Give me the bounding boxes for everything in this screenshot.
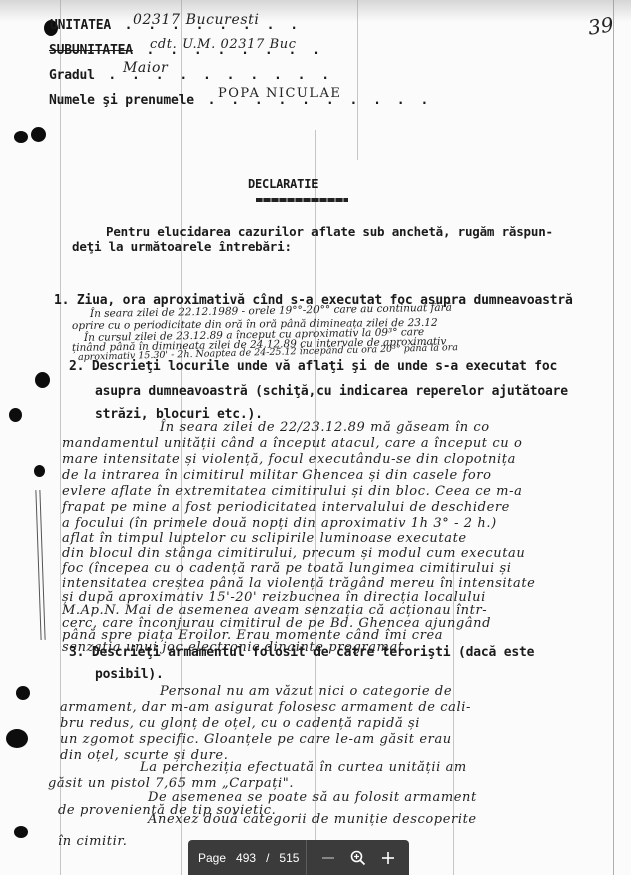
answer-2-line: mare intensitate și violență, focul exec… — [62, 452, 516, 467]
ink-blot — [6, 729, 28, 748]
question-3-number: 3. — [69, 645, 84, 660]
name-label: Numele şi prenumele — [49, 93, 194, 108]
question-2-number: 2. — [69, 359, 84, 374]
scan-line — [357, 0, 358, 160]
ink-blot — [34, 465, 45, 477]
ink-blot — [9, 408, 22, 422]
magnifier-zoom-icon — [350, 850, 366, 866]
total-pages: 515 — [279, 851, 299, 865]
name-value: POPA NICULAE — [218, 86, 341, 101]
scanned-document-page: 39 UNITATEA . . . . . . . . 02317 Bucure… — [0, 0, 631, 875]
question-3-text: Descrieţi armamentul folosit de către te… — [92, 645, 534, 660]
ink-blot — [14, 826, 28, 838]
answer-2-line: foc (începea cu o cadență rară pe toată … — [62, 561, 512, 576]
question-2-text: Descrieţi locurile unde vă aflaţi şi de … — [92, 359, 557, 374]
answer-2-line: de la intrarea în cimitirul militar Ghen… — [62, 468, 492, 483]
intro-line-1: Pentru elucidarea cazurilor aflate sub a… — [106, 224, 553, 239]
document-title: DECLARATIE — [248, 177, 318, 191]
question-3-text-line-2: posibil). — [95, 667, 164, 682]
answer-3-line: găsit un pistol 7,65 mm „Carpați". — [48, 776, 294, 791]
intro-line-2: deţi la următoarele întrebări: — [72, 239, 292, 254]
ink-blot — [14, 131, 28, 143]
handwritten-page-number: 39 — [586, 12, 615, 39]
minus-icon — [321, 851, 335, 865]
ink-blot — [16, 686, 30, 700]
unit-value: 02317 Bucuresti — [133, 12, 259, 28]
margin-line-mark — [35, 490, 45, 640]
answer-3-line: un zgomot specific. Gloanțele pe care le… — [60, 732, 452, 747]
answer-2-line: aflat în timpul luptelor cu sclipirile l… — [62, 531, 467, 546]
answer-2-line: frapat pe mine a fost periodicitatea int… — [62, 500, 510, 515]
page-label: Page — [198, 851, 226, 865]
scan-line — [613, 0, 614, 875]
zoom-reset-button[interactable] — [346, 846, 370, 870]
rank-value: Maior — [123, 60, 168, 76]
subunit-value: cdt. U.M. 02317 Buc — [150, 37, 297, 52]
subunit-label: SUBUNITATEA — [49, 43, 133, 58]
answer-3-line: Anexez două categorii de muniție descope… — [148, 812, 477, 827]
question-3: 3. Descrieţi armamentul folosit de către… — [69, 645, 534, 660]
rank-field: Gradul . . . . . . . . . . — [49, 68, 333, 83]
answer-2-line: din blocul din stânga cimitirului, precu… — [62, 546, 525, 561]
answer-3-line: bru redus, cu glonț de oțel, cu o cadenț… — [60, 716, 420, 731]
title-underline — [256, 198, 348, 202]
question-2: 2. Descrieţi locurile unde vă aflaţi şi … — [69, 359, 557, 374]
page-separator: / — [266, 851, 269, 865]
answer-2-line: intensitatea creștea până la violență tr… — [62, 576, 535, 591]
answer-3-line: Personal nu am văzut nici o categorie de — [160, 684, 452, 699]
ink-blot — [31, 127, 46, 142]
answer-3-line: La percheziția efectuată în curtea unită… — [140, 760, 467, 775]
rank-label: Gradul — [49, 68, 95, 83]
answer-3-line: armament, dar m-am asigurat folosesc arm… — [60, 700, 471, 715]
page-navigation-toolbar: Page 493 / 515 — [188, 840, 409, 875]
question-1-number: 1. — [54, 293, 69, 308]
plus-icon — [381, 851, 395, 865]
question-2-text-line-2: asupra dumneavoastră (schiţă,cu indicare… — [95, 384, 568, 399]
answer-2-line: mandamentul unității când a început atac… — [62, 436, 522, 451]
answer-2-line: În seara zilei de 22/23.12.89 mă găseam … — [160, 420, 490, 435]
answer-2-line: evlere aflate în extremitatea cimitirulu… — [62, 484, 522, 499]
answer-3-line: în cimitir. — [58, 834, 128, 849]
page-indicator: Page 493 / 515 — [188, 851, 306, 865]
zoom-out-button[interactable] — [316, 846, 340, 870]
unit-label: UNITATEA — [50, 18, 111, 33]
answer-2-line: a focului (în primele două nopți din apr… — [62, 516, 497, 531]
current-page-input[interactable]: 493 — [236, 851, 256, 865]
zoom-in-button[interactable] — [376, 846, 400, 870]
ink-blot — [35, 372, 50, 388]
